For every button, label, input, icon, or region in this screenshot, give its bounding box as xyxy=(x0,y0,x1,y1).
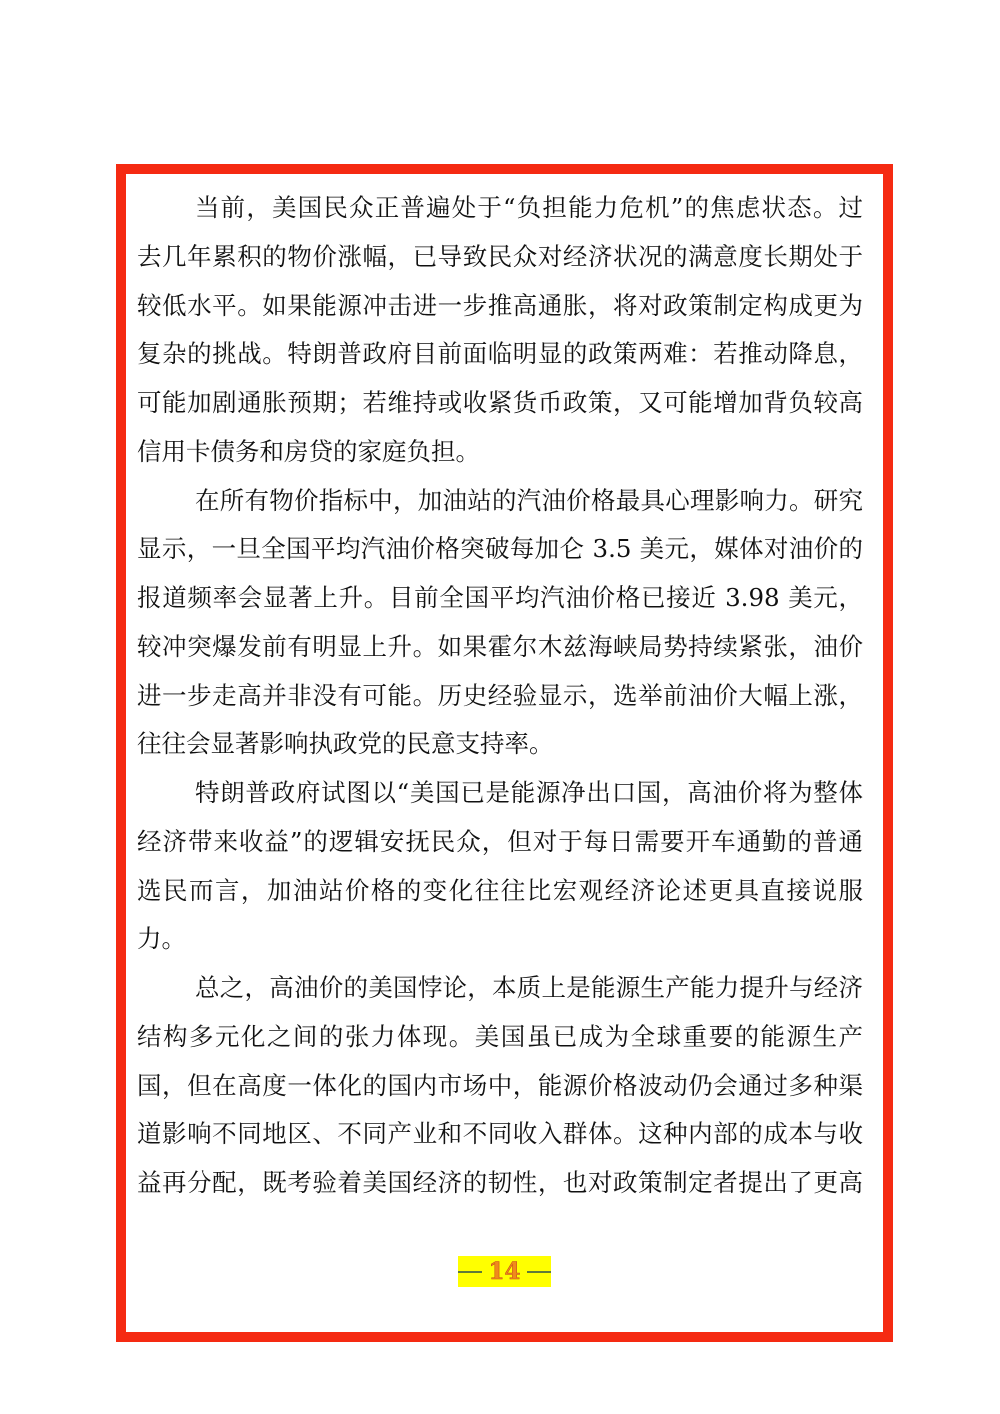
document-body: 当前，美国民众正普遍处于“负担能力危机”的焦虑状态。过 去几年累积的物价涨幅，已… xyxy=(137,184,863,1208)
page-number: 14 xyxy=(488,1256,520,1287)
paragraph-4: 总之，高油价的美国悖论，本质上是能源生产能力提升与经济 结构多元化之间的张力体现… xyxy=(137,964,863,1208)
paragraph-2: 在所有物价指标中，加油站的汽油价格最具心理影响力。研究 显示，一旦全国平均汽油价… xyxy=(137,477,863,770)
text-line: 可能加剧通胀预期；若维持或收紧货币政策，又可能增加背负较高 xyxy=(137,379,863,428)
text-line: 力。 xyxy=(137,915,863,964)
text-line: 道影响不同地区、不同产业和不同收入群体。这种内部的成本与收 xyxy=(137,1110,863,1159)
text-line: 显示，一旦全国平均汽油价格突破每加仑 3.5 美元，媒体对油价的 xyxy=(137,525,863,574)
text-line: 较低水平。如果能源冲击进一步推高通胀，将对政策制定构成更为 xyxy=(137,282,863,331)
text-line: 进一步走高并非没有可能。历史经验显示，选举前油价大幅上涨， xyxy=(137,672,863,721)
dash-right-decoration xyxy=(527,1271,551,1273)
text-line: 选民而言，加油站价格的变化往往比宏观经济论述更具直接说服 xyxy=(137,867,863,916)
page-number-badge: 14 xyxy=(458,1256,551,1287)
dash-left-decoration xyxy=(458,1271,482,1273)
text-line: 较冲突爆发前有明显上升。如果霍尔木兹海峡局势持续紧张，油价 xyxy=(137,623,863,672)
paragraph-3: 特朗普政府试图以“美国已是能源净出口国，高油价将为整体 经济带来收益”的逻辑安抚… xyxy=(137,769,863,964)
text-line: 结构多元化之间的张力体现。美国虽已成为全球重要的能源生产 xyxy=(137,1013,863,1062)
text-line: 总之，高油价的美国悖论，本质上是能源生产能力提升与经济 xyxy=(137,964,863,1013)
text-line: 国，但在高度一体化的国内市场中，能源价格波动仍会通过多种渠 xyxy=(137,1062,863,1111)
text-line: 经济带来收益”的逻辑安抚民众，但对于每日需要开车通勤的普通 xyxy=(137,818,863,867)
text-line: 报道频率会显著上升。目前全国平均汽油价格已接近 3.98 美元， xyxy=(137,574,863,623)
text-line: 信用卡债务和房贷的家庭负担。 xyxy=(137,428,863,477)
text-line: 去几年累积的物价涨幅，已导致民众对经济状况的满意度长期处于 xyxy=(137,233,863,282)
text-line: 益再分配，既考验着美国经济的韧性，也对政策制定者提出了更高 xyxy=(137,1159,863,1208)
text-line: 在所有物价指标中，加油站的汽油价格最具心理影响力。研究 xyxy=(137,477,863,526)
text-line: 复杂的挑战。特朗普政府目前面临明显的政策两难：若推动降息， xyxy=(137,330,863,379)
text-line: 当前，美国民众正普遍处于“负担能力危机”的焦虑状态。过 xyxy=(137,184,863,233)
text-line: 特朗普政府试图以“美国已是能源净出口国，高油价将为整体 xyxy=(137,769,863,818)
text-line: 往往会显著影响执政党的民意支持率。 xyxy=(137,720,863,769)
paragraph-1: 当前，美国民众正普遍处于“负担能力危机”的焦虑状态。过 去几年累积的物价涨幅，已… xyxy=(137,184,863,477)
